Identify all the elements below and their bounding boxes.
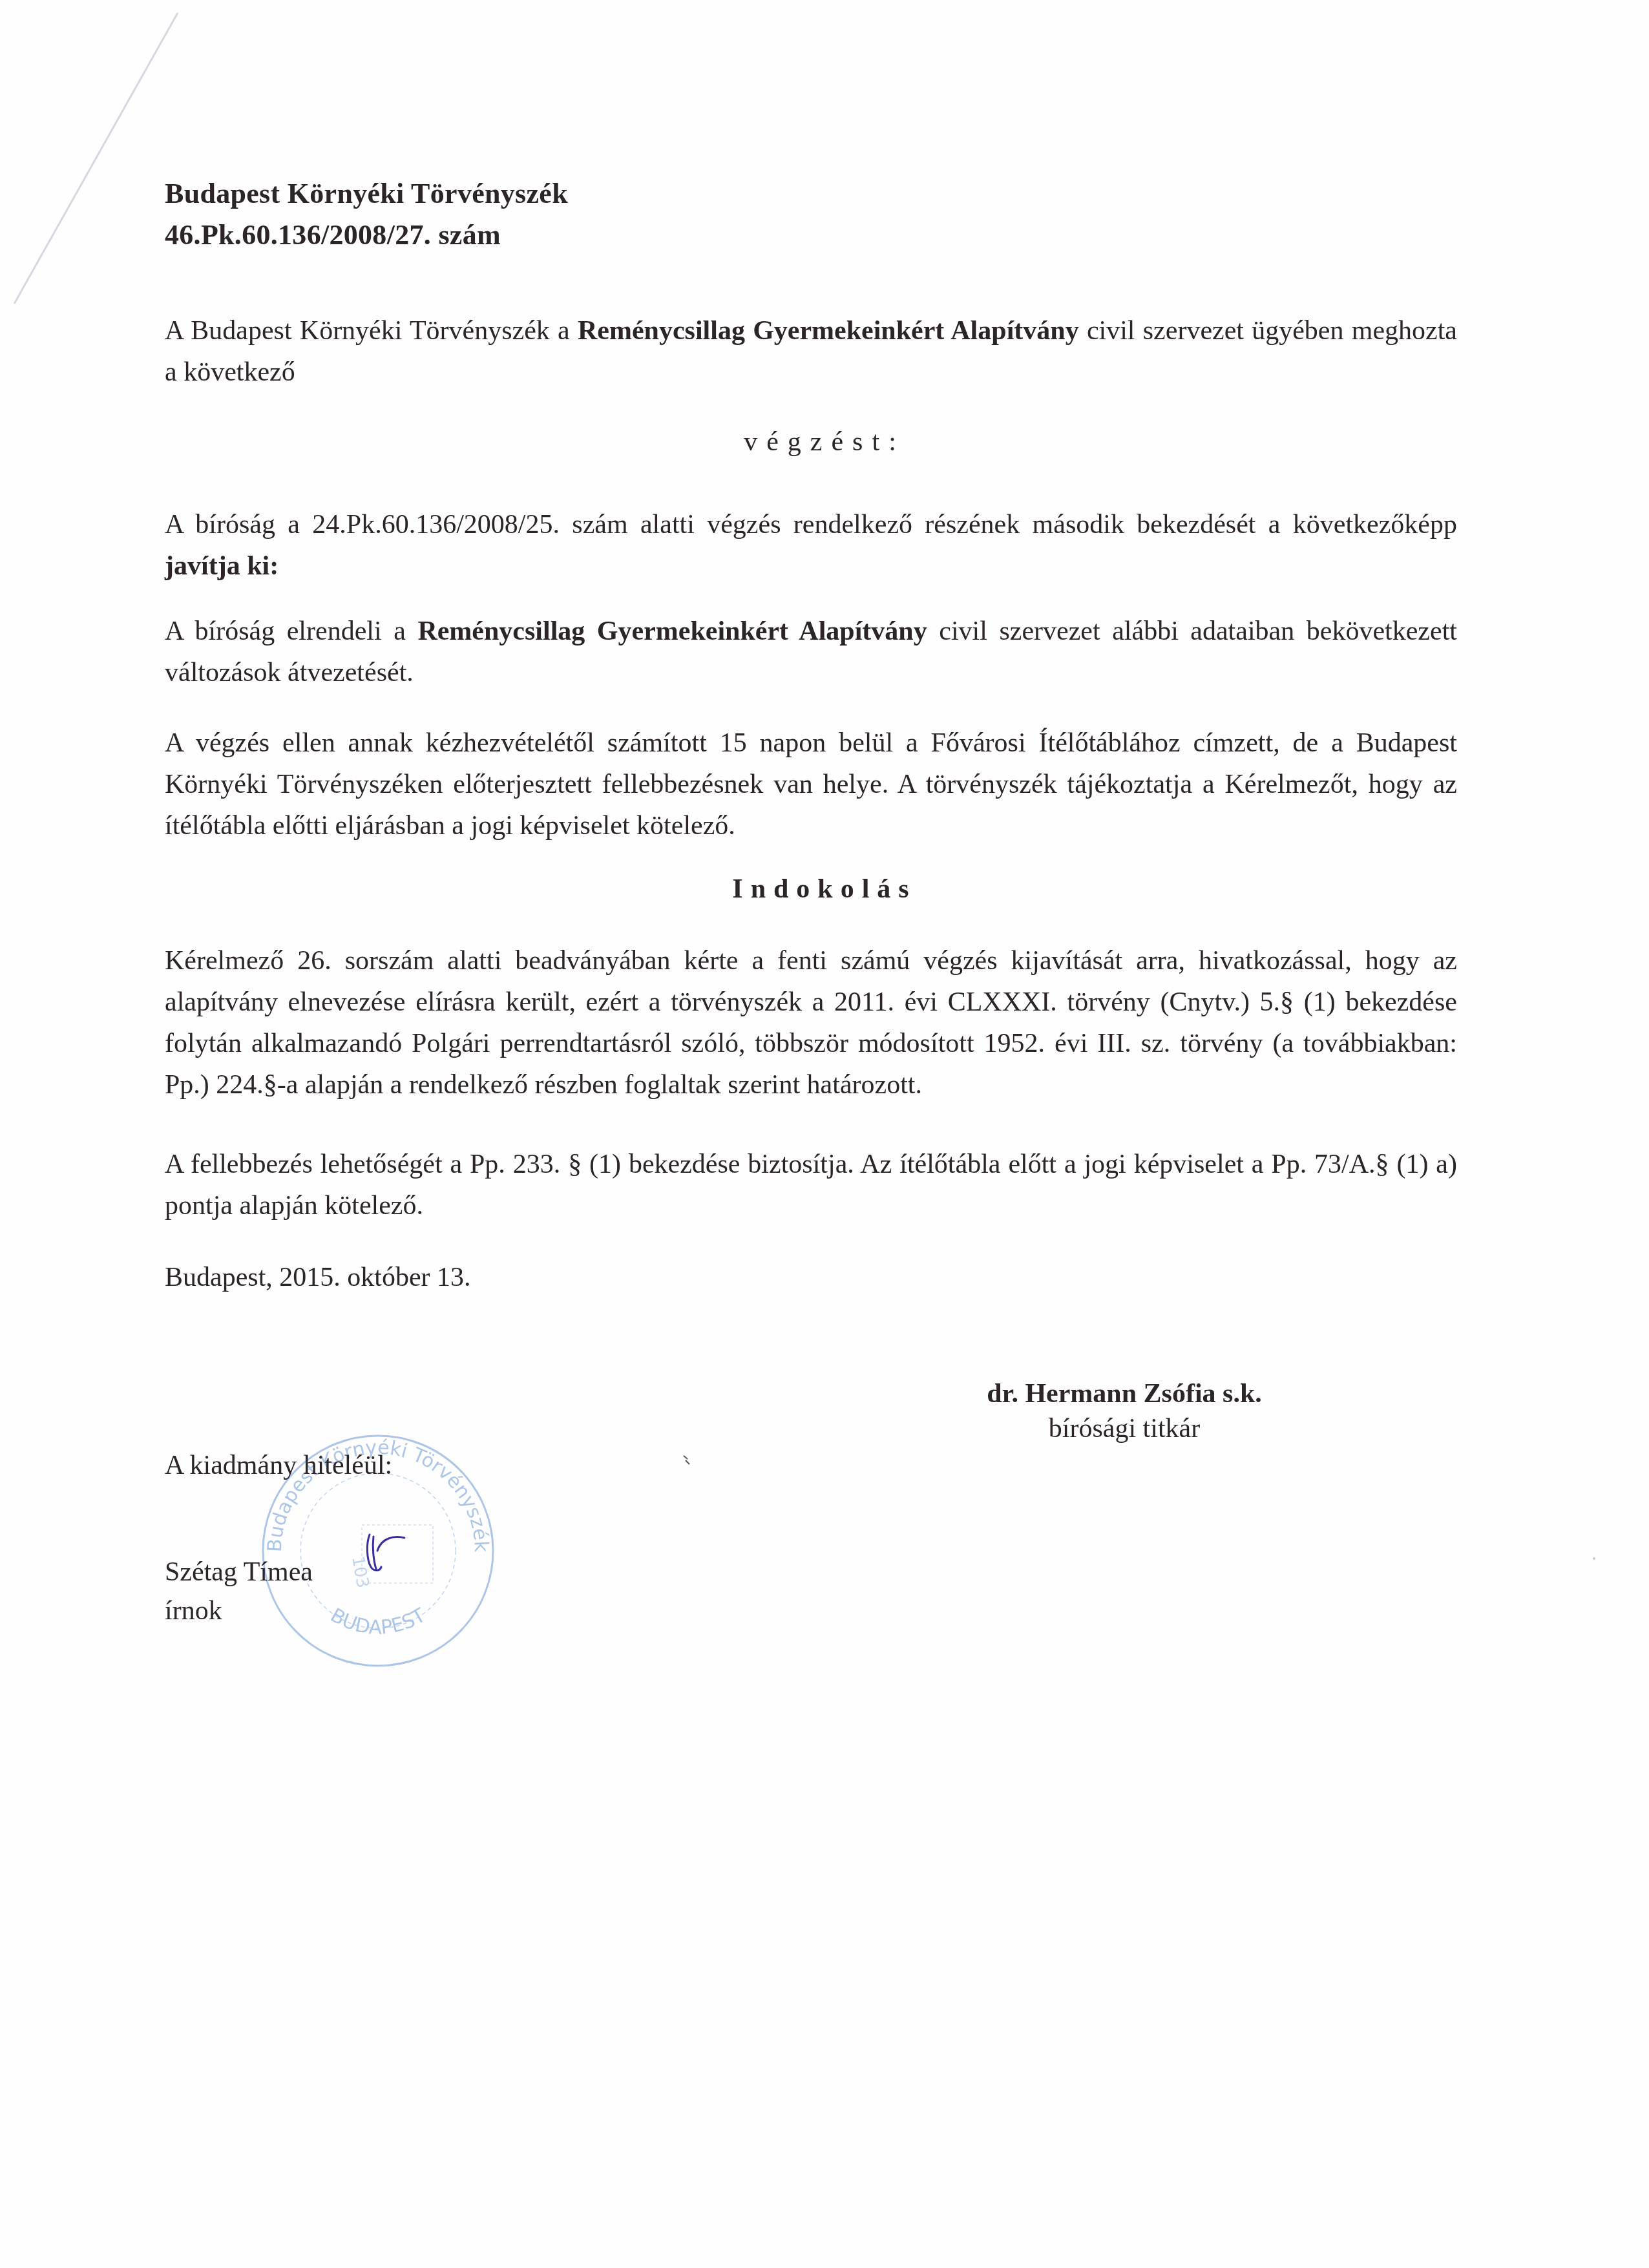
order-paragraph: A bíróság elrendeli a Reménycsillag Gyer… [165, 611, 1457, 693]
intro-paragraph: A Budapest Környéki Törvényszék a Remény… [165, 310, 1457, 393]
document-page: Budapest Környéki Törvényszék 46.Pk.60.1… [0, 0, 1649, 2268]
svg-text:BUDAPEST: BUDAPEST [326, 1604, 430, 1639]
fold-line-decoration [0, 0, 194, 310]
document-header: Budapest Környéki Törvényszék 46.Pk.60.1… [165, 173, 568, 256]
place-date: Budapest, 2015. október 13. [165, 1257, 1457, 1298]
correction-paragraph: A bíróság a 24.Pk.60.136/2008/25. szám a… [165, 504, 1457, 587]
reasoning-paragraph-2: A fellebbezés lehetőségét a Pp. 233. § (… [165, 1144, 1457, 1226]
certifier-name: Szétag Tímea [165, 1554, 313, 1590]
signatory-block: dr. Hermann Zsófia s.k. bírósági titkár [918, 1376, 1331, 1446]
signatory-name: dr. Hermann Zsófia s.k. [918, 1376, 1331, 1411]
appeal-notice-paragraph: A végzés ellen annak kézhezvételétől szá… [165, 722, 1457, 846]
decision-title: végzést: [0, 426, 1649, 457]
organization-name: Reménycsillag Gyermekeinkért Alapítvány [578, 316, 1079, 346]
stray-mark-icon [682, 1454, 692, 1467]
handwritten-initials-icon [362, 1531, 414, 1577]
reasoning-title: Indokolás [0, 874, 1649, 905]
certification-label: A kiadmány hiteléül: [165, 1447, 392, 1484]
case-number: 46.Pk.60.136/2008/27. szám [165, 215, 568, 256]
reasoning-paragraph-1: Kérelmező 26. sorszám alatti beadványába… [165, 940, 1457, 1106]
scan-speck [1593, 1557, 1595, 1560]
organization-name: Reménycsillag Gyermekeinkért Alapítvány [417, 616, 927, 646]
signatory-title: bírósági titkár [918, 1411, 1331, 1446]
court-name: Budapest Környéki Törvényszék [165, 173, 568, 215]
certifier-role: írnok [165, 1593, 222, 1629]
